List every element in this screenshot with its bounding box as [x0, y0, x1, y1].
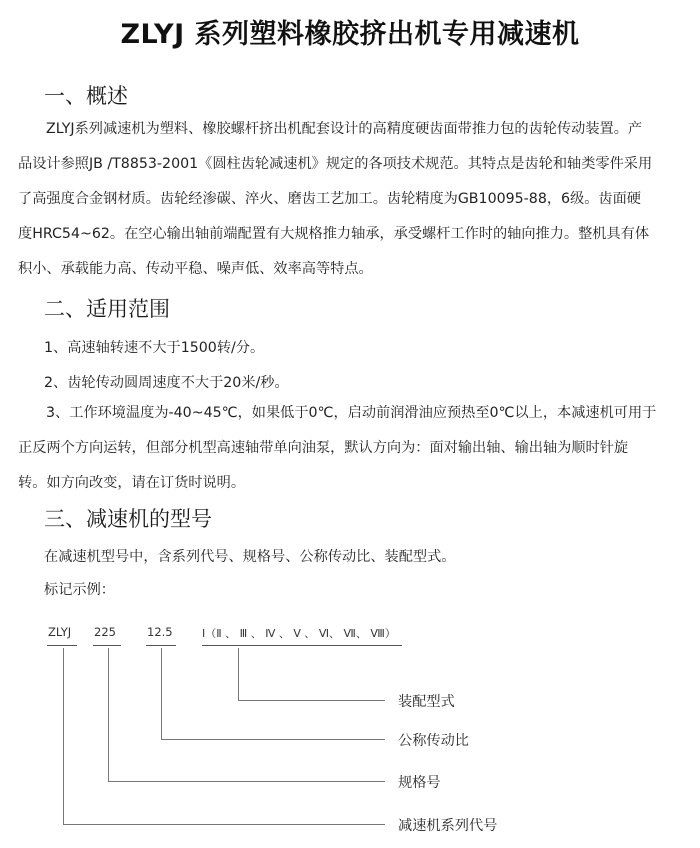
model-intro: 在减速机型号中，含系列代号、规格号、公称传动比、装配型式。 — [44, 546, 455, 566]
overview-paragraph: ZLYJ系列减速机为塑料、橡胶螺杆挤出机配套设计的高精度硬齿面带推力包的齿轮传动… — [18, 112, 690, 287]
label-size-number: 规格号 — [398, 772, 441, 792]
connector-size-horizontal — [108, 781, 385, 782]
underline-size — [93, 645, 121, 646]
connector-ratio-horizontal — [161, 739, 385, 740]
code-assembly: Ⅰ（Ⅱ 、 Ⅲ 、 Ⅳ 、 Ⅴ 、 Ⅵ、 Ⅶ、 Ⅷ） — [202, 625, 396, 641]
scope-item-3: 3、工作环境温度为-40~45℃，如果低于0℃，启动前润滑油应预热至0℃以上，本… — [18, 396, 690, 501]
label-assembly-type: 装配型式 — [398, 691, 455, 711]
overview-line-4: 度HRC54~62。在空心输出轴前端配置有大规格推力轴承，承受螺杆工作时的轴向推… — [18, 217, 690, 252]
scope-item-1: 1、高速轴转速不大于1500转/分。 — [44, 337, 264, 357]
connector-ratio-vertical — [161, 648, 162, 739]
code-size: 225 — [94, 625, 116, 639]
code-ratio: 12.5 — [147, 625, 173, 639]
connector-assembly-horizontal — [238, 700, 385, 701]
connector-series-horizontal — [63, 824, 385, 825]
underline-series — [47, 645, 77, 646]
scope-item-3-line-1: 3、工作环境温度为-40~45℃，如果低于0℃，启动前润滑油应预热至0℃以上，本… — [18, 396, 690, 431]
scope-item-3-line-3: 转。如方向改变，请在订货时说明。 — [18, 466, 690, 501]
section-heading-scope: 二、适用范围 — [44, 293, 170, 323]
section-heading-model: 三、减速机的型号 — [44, 503, 212, 533]
connector-assembly-vertical — [238, 648, 239, 700]
scope-item-3-line-2: 正反两个方向运转，但部分机型高速轴带单向油泵，默认方向为：面对输出轴、输出轴为顺… — [18, 431, 690, 466]
label-nominal-ratio: 公称传动比 — [398, 730, 469, 750]
page-title: ZLYJ 系列塑料橡胶挤出机专用减速机 — [0, 12, 700, 51]
code-series: ZLYJ — [48, 625, 71, 639]
connector-series-vertical — [63, 648, 64, 824]
scope-item-2: 2、齿轮传动圆周速度不大于20米/秒。 — [44, 372, 289, 392]
underline-ratio — [146, 645, 176, 646]
underline-assembly — [202, 645, 402, 646]
overview-line-3: 了高强度合金钢材质。齿轮经渗碳、淬火、磨齿工艺加工。齿轮精度为GB10095-8… — [18, 182, 690, 217]
overview-line-5: 积小、承载能力高、传动平稳、噪声低、效率高等特点。 — [18, 252, 690, 287]
section-heading-overview: 一、概述 — [44, 80, 128, 110]
label-series-code: 减速机系列代号 — [398, 815, 497, 835]
connector-size-vertical — [108, 648, 109, 781]
overview-line-1: ZLYJ系列减速机为塑料、橡胶螺杆挤出机配套设计的高精度硬齿面带推力包的齿轮传动… — [18, 112, 690, 147]
overview-line-2: 品设计参照JB /T8853-2001《圆柱齿轮减速机》规定的各项技术规范。其特… — [18, 147, 690, 182]
example-label: 标记示例： — [44, 579, 115, 599]
